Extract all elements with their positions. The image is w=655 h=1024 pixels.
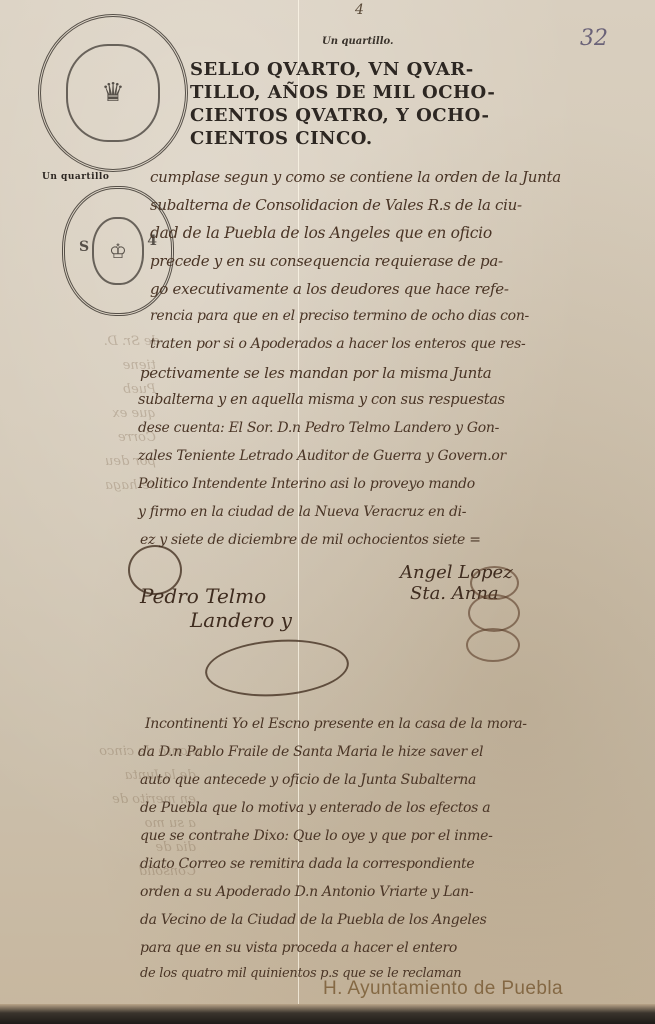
text-line: precede y en su consequencia requierase …: [150, 252, 503, 270]
text-line: da Vecino de la Ciudad de la Puebla de l…: [140, 912, 486, 928]
rubric-flourish: [203, 635, 351, 701]
text-line: Incontinenti Yo el Escno presente en la …: [145, 716, 527, 732]
heading-line: CIENTOS QVATRO, Y OCHO-: [190, 104, 520, 127]
text-line: dese cuenta: El Sor. D.n Pedro Telmo Lan…: [138, 420, 499, 436]
signature-line: Pedro Telmo: [140, 584, 292, 608]
rubric-coil: [468, 594, 520, 632]
heading-line: CIENTOS CINCO.: [190, 127, 520, 150]
text-line: auto que antecede y oficio de la Junta S…: [140, 772, 476, 788]
text-line: traten por si o Apoderados a hacer los e…: [150, 336, 525, 352]
text-line: cumplase segun y como se contiene la ord…: [150, 168, 561, 186]
text-line: subalterna y en aquella misma y con sus …: [138, 392, 505, 408]
text-line: pectivamente se les mandan por la misma …: [140, 364, 491, 382]
bleed-through-text: de Sr. D. tiene Pueb que ex Corre por de…: [0, 330, 160, 498]
stamp-value-label: Un quartillo.: [322, 36, 393, 47]
seal-letter: S: [79, 239, 89, 255]
text-line: zales Teniente Letrado Auditor de Guerra…: [138, 448, 506, 464]
rubric-coil: [466, 628, 520, 662]
text-line: go executivamente a los deudores que hac…: [150, 280, 509, 298]
text-line: subalterna de Consolidacion de Vales R.s…: [150, 196, 522, 214]
text-line: que se contrahe Dixo: Que lo oye y que p…: [140, 828, 493, 844]
signature-line: Landero y: [190, 608, 292, 632]
heading-line: TILLO, AÑOS DE MIL OCHO-: [190, 81, 520, 104]
text-line: rencia para que en el preciso termino de…: [150, 308, 529, 324]
page-bottom-edge: [0, 1004, 655, 1024]
text-line: dad de la Puebla de los Angeles que en o…: [150, 224, 492, 242]
stamped-paper-heading: SELLO QVARTO, VN QVAR- TILLO, AÑOS DE MI…: [190, 58, 520, 150]
text-line: diato Correo se remitira dada la corresp…: [140, 856, 474, 872]
signature-left: Pedro Telmo Landero y: [140, 584, 292, 632]
archive-watermark: H. Ayuntamiento de Puebla: [323, 978, 563, 1000]
heading-line: SELLO QVARTO, VN QVAR-: [190, 58, 520, 81]
folio-number: 32: [580, 26, 608, 51]
coat-of-arms-icon: ♛: [66, 44, 159, 142]
text-line: orden a su Apoderado D.n Antonio Vriarte…: [140, 884, 473, 900]
text-line: de Puebla que lo motiva y enterado de lo…: [140, 800, 490, 816]
royal-seal-stamp: ♛: [38, 14, 188, 172]
seal-label: Un quartillo: [42, 172, 109, 182]
text-line: da D.n Pablo Fraile de Santa Maria le hi…: [138, 744, 483, 760]
manuscript-page: 4 32 de Sr. D. tiene Pueb que ex Corre p…: [0, 0, 655, 1010]
text-line: ez y siete de diciembre de mil ochocient…: [140, 532, 481, 548]
crown-shield-icon: ♔: [92, 217, 145, 285]
top-mark: 4: [355, 2, 364, 18]
text-line: y firmo en la ciudad de la Nueva Veracru…: [138, 504, 466, 520]
text-line: Politico Intendente Interino asi lo prov…: [138, 476, 475, 492]
text-line: para que en su vista proceda a hacer el …: [140, 940, 457, 956]
